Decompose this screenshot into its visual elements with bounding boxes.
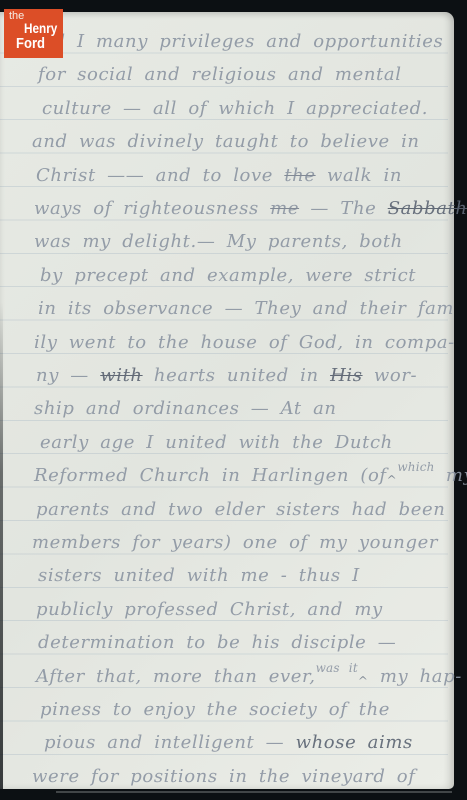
manuscript-line: pious and intelligent — whose aims [44, 732, 413, 753]
manuscript-line: ny — with hearts united in His wor- [36, 365, 417, 386]
manuscript-line: publicly professed Christ, and my [36, 599, 383, 620]
logo-the-label: the [9, 11, 24, 22]
manuscript-page: had I many privileges and opportunitiesf… [0, 12, 454, 789]
manuscript-line: was my delight.— My parents, both [34, 231, 403, 252]
manuscript-line: and was divinely taught to believe in [32, 131, 420, 152]
manuscript-line: piness to enjoy the society of the [40, 699, 390, 720]
manuscript-line: ways of righteousness me — The Sabbath [34, 198, 467, 219]
manuscript-line: Christ —— and to love the walk in [36, 165, 402, 186]
manuscript-line: in its observance — They and their fam [38, 298, 454, 319]
manuscript-line: culture — all of which I appreciated. [42, 98, 428, 119]
underlying-page-edge [56, 791, 452, 793]
page-left-edge-shadow [0, 302, 3, 789]
manuscript-lines: had I many privileges and opportunitiesf… [0, 12, 454, 789]
logo-ford-label: Ford [16, 36, 45, 51]
manuscript-line: sisters united with me - thus I [38, 565, 360, 586]
manuscript-line: determination to be his disciple — [38, 632, 396, 653]
scan-background: had I many privileges and opportunitiesf… [0, 0, 467, 800]
manuscript-line: for social and religious and mental [38, 64, 402, 85]
manuscript-line: After that, more than ever,was it^ my ha… [36, 666, 462, 687]
manuscript-line: ship and ordinances — At an [34, 398, 337, 419]
manuscript-line: were for positions in the vineyard of [32, 766, 416, 787]
manuscript-line: early age I united with the Dutch [40, 432, 393, 453]
logo-henry-label: Henry [24, 21, 57, 35]
manuscript-line: parents and two elder sisters had been [36, 499, 445, 520]
manuscript-line: had I many privileges and opportunities [30, 31, 443, 52]
manuscript-line: Reformed Church in Harlingen (of^which m… [34, 465, 467, 486]
manuscript-line: members for years) one of my younger [32, 532, 438, 553]
henry-ford-logo: the Henry Ford [4, 9, 63, 58]
manuscript-line: ily went to the house of God, in compa- [34, 332, 455, 353]
manuscript-line: by precept and example, were strict [40, 265, 416, 286]
